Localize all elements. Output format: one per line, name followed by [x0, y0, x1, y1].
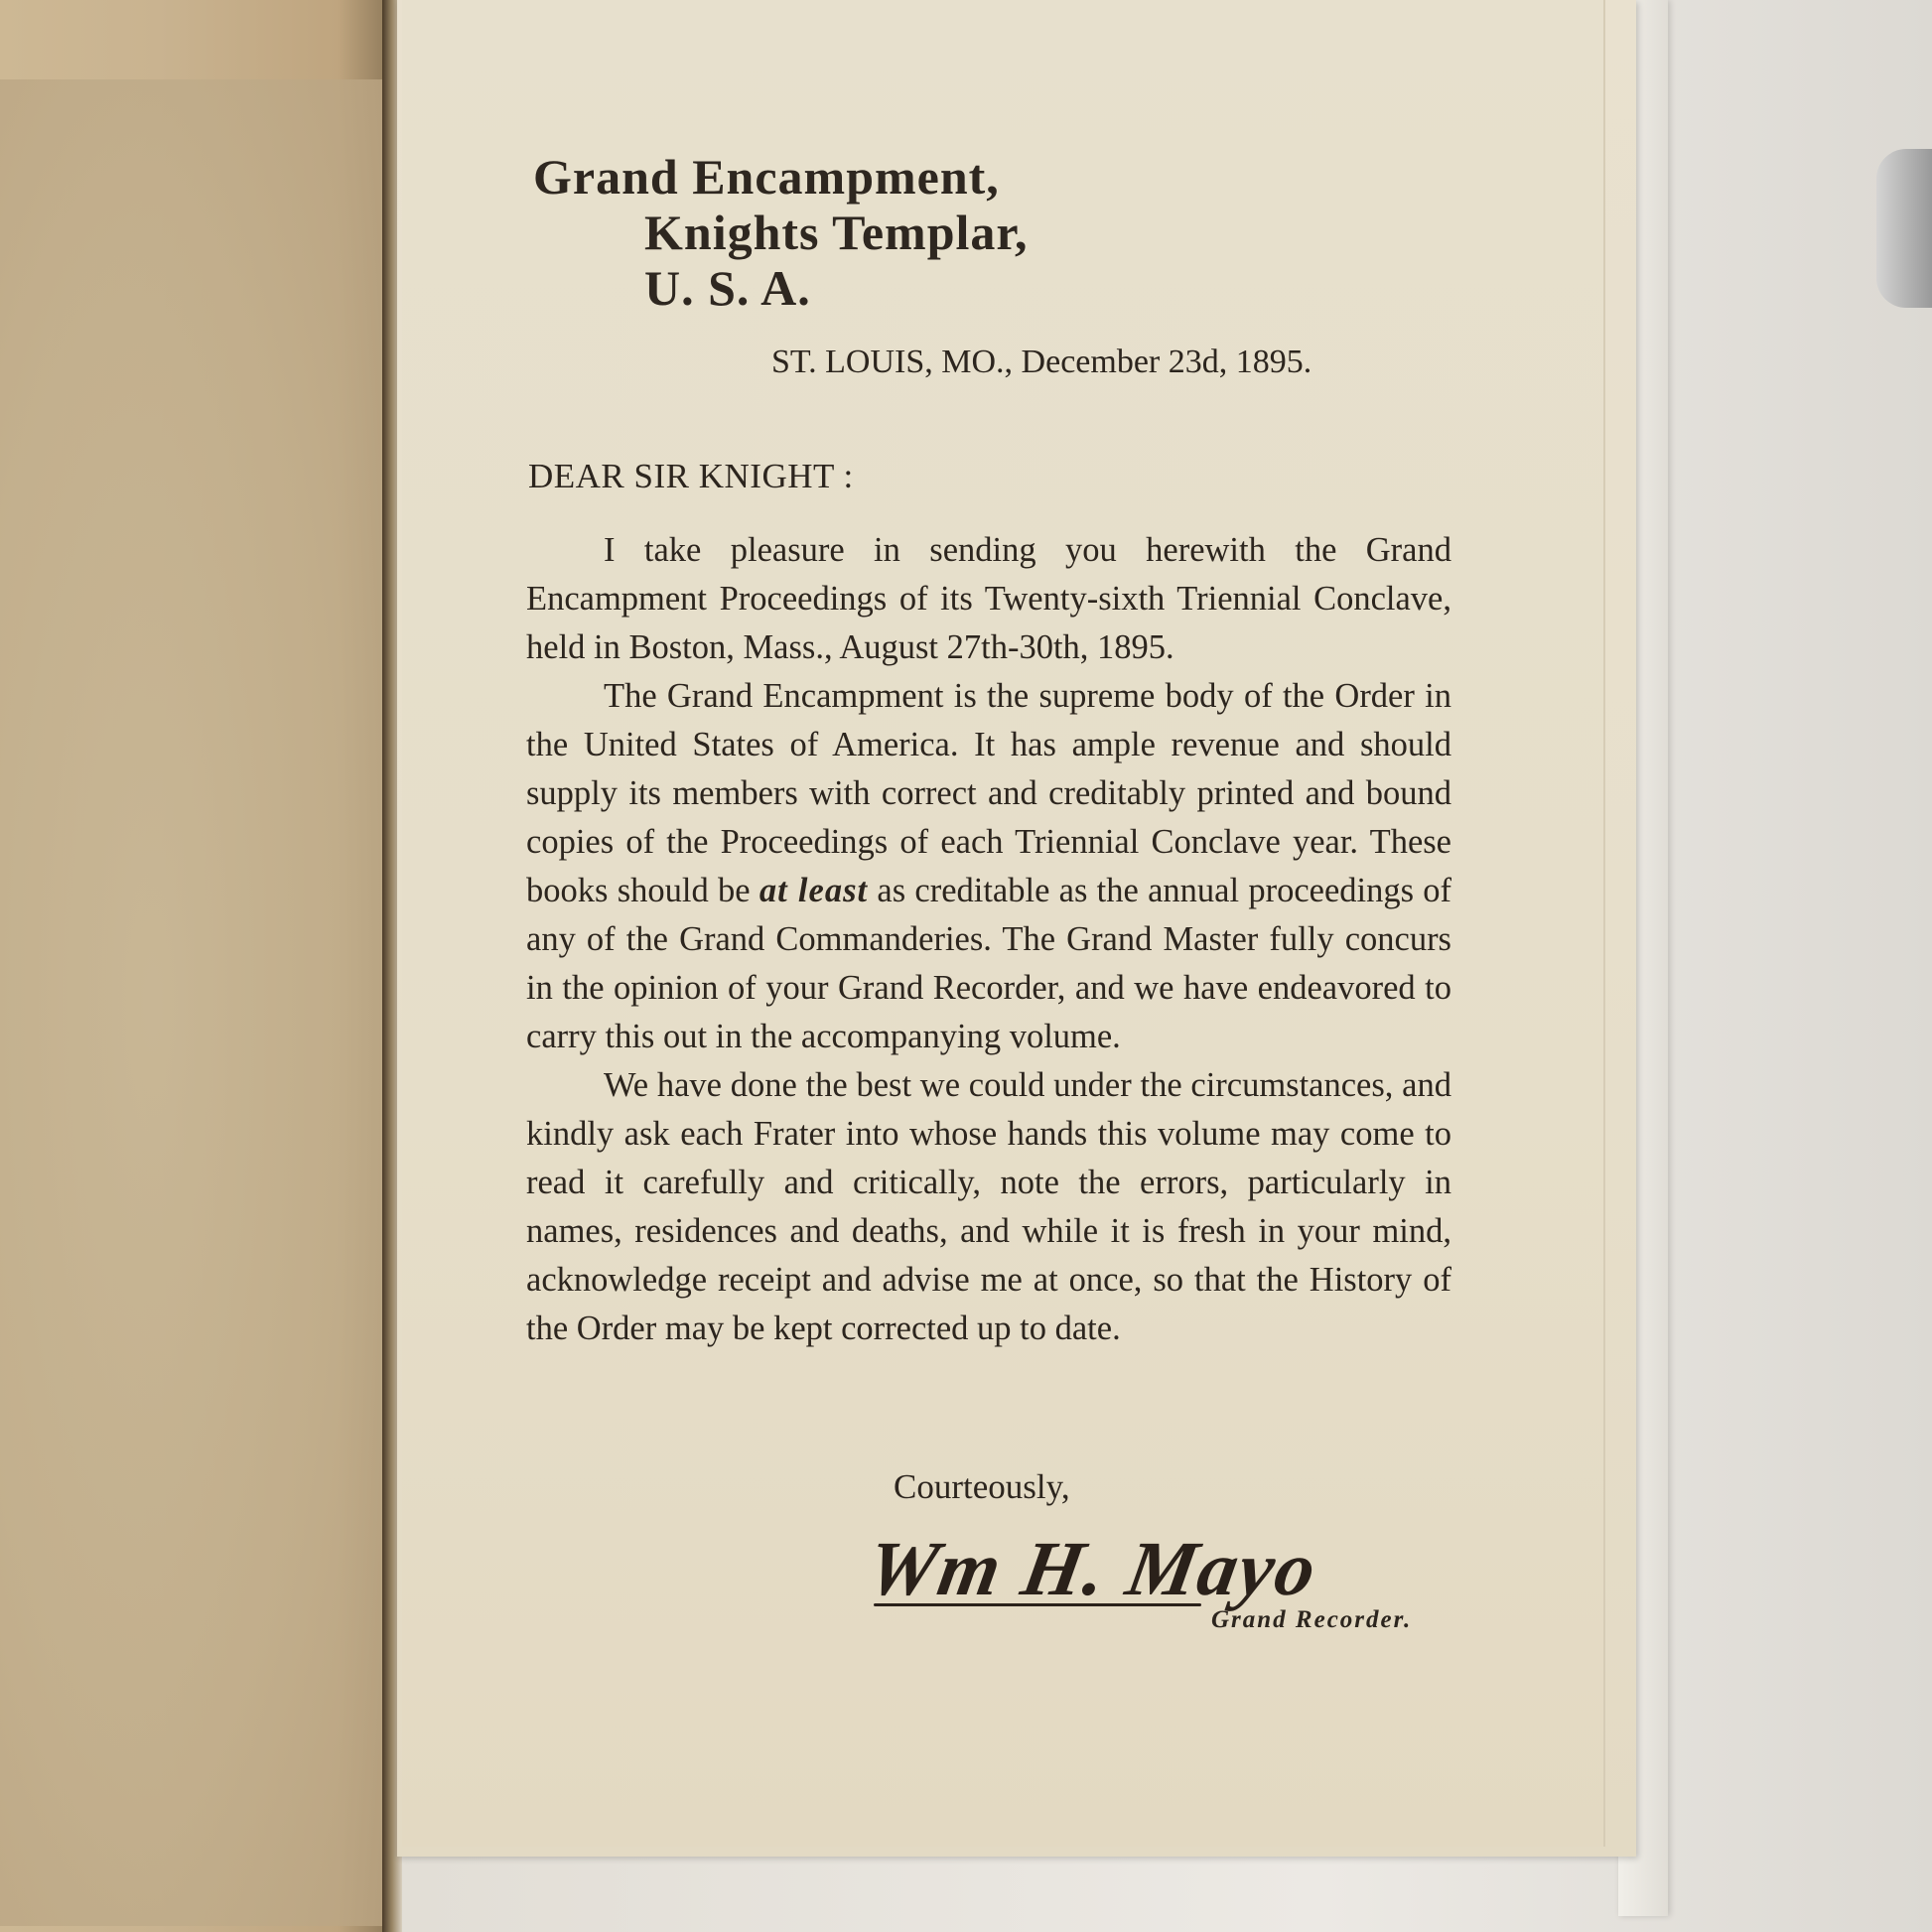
- letter-page: Grand Encampment, Knights Templar, U. S.…: [402, 0, 1605, 1847]
- background-object: [1876, 149, 1932, 308]
- emphasis-text: at least: [759, 872, 868, 909]
- salutation: DEAR SIR KNIGHT :: [528, 457, 854, 496]
- paragraph-2: The Grand Encampment is the supreme body…: [526, 672, 1451, 1061]
- letterhead-line-1: Grand Encampment,: [533, 149, 1029, 205]
- dateline: ST. LOUIS, MO., December 23d, 1895.: [771, 344, 1311, 381]
- letterhead: Grand Encampment, Knights Templar, U. S.…: [533, 149, 1029, 316]
- letter-body: I take pleasure in sending you herewith …: [526, 526, 1451, 1353]
- signature-underline: [874, 1603, 1201, 1606]
- signature: Wm H. Mayo: [861, 1524, 1324, 1613]
- paragraph-1: I take pleasure in sending you herewith …: [526, 526, 1451, 672]
- letterhead-line-3: U. S. A.: [533, 260, 1029, 316]
- signer-title: Grand Recorder.: [1211, 1606, 1412, 1634]
- closing: Courteously,: [894, 1467, 1070, 1507]
- paragraph-3: We have done the best we could under the…: [526, 1061, 1451, 1353]
- tissue-paper: [0, 79, 382, 1926]
- letterhead-line-2: Knights Templar,: [533, 205, 1029, 260]
- left-book-page: [0, 0, 397, 1932]
